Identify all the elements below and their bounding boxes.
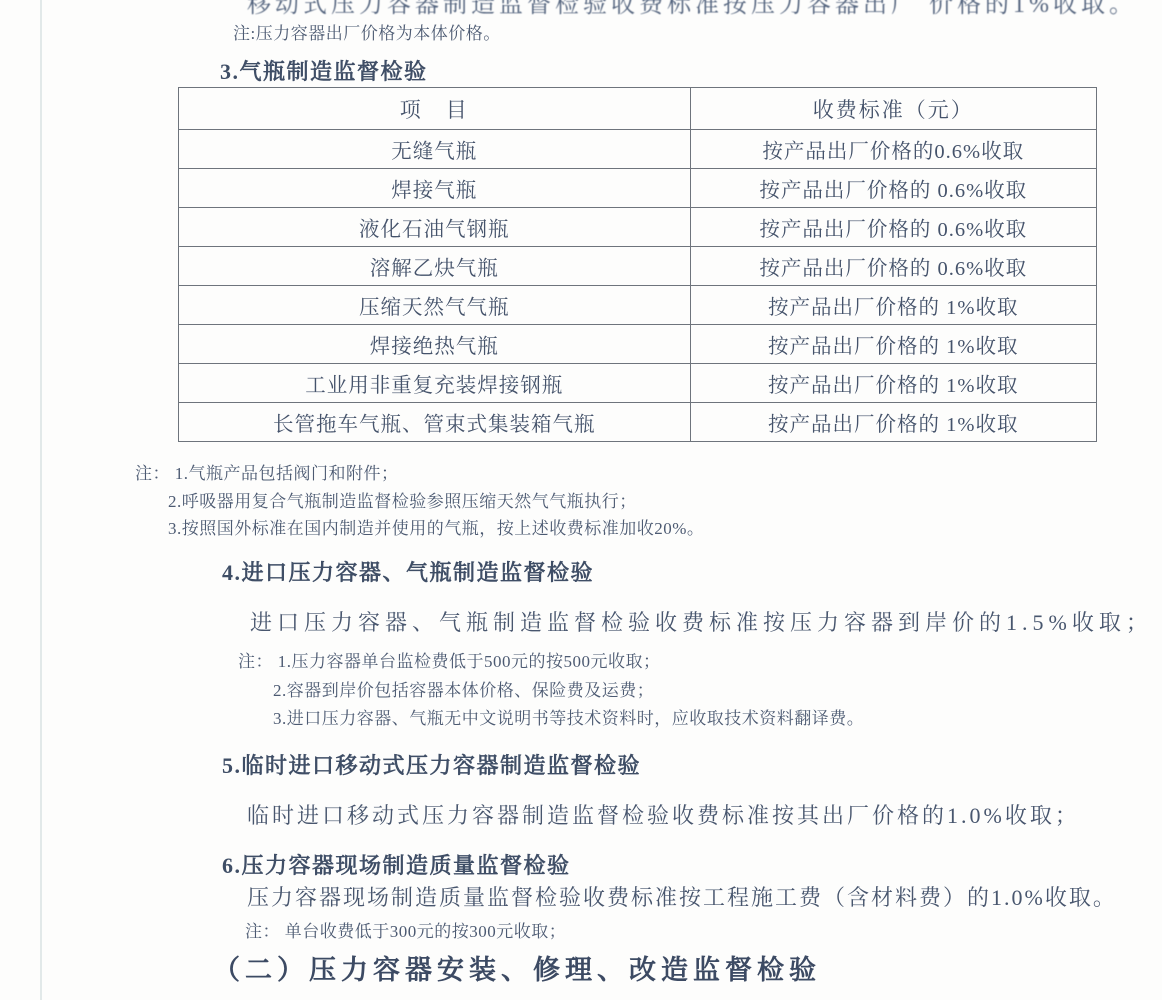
table-row: 液化石油气钢瓶 按产品出厂价格的 0.6%收取: [179, 208, 1097, 247]
table-cell-item: 工业用非重复充装焊接钢瓶: [179, 364, 691, 403]
table-row: 焊接气瓶 按产品出厂价格的 0.6%收取: [179, 169, 1097, 208]
section5-body: 临时进口移动式压力容器制造监督检验收费标准按其出厂价格的1.0%收取；: [247, 799, 1080, 830]
table-cell-item: 压缩天然气气瓶: [179, 286, 691, 325]
clipped-top-paragraph: 移动式压力容器制造监督检验收费标准按压力容器出厂 价格的1%收取。: [247, 0, 1137, 19]
section3-heading: 3.气瓶制造监督检验: [220, 55, 428, 86]
table-cell-fee: 按产品出厂价格的 1%收取: [690, 325, 1096, 364]
section5-heading: 5.临时进口移动式压力容器制造监督检验: [222, 749, 641, 780]
section4-note-1: 注： 1.压力容器单台监检费低于500元的按500元收取；: [238, 647, 661, 672]
table-cell-fee: 按产品出厂价格的 0.6%收取: [690, 169, 1096, 208]
table-cell-fee: 按产品出厂价格的 1%收取: [690, 286, 1096, 325]
table-row: 工业用非重复充装焊接钢瓶 按产品出厂价格的 1%收取: [179, 364, 1097, 403]
part2-heading: （二）压力容器安装、修理、改造监督检验: [213, 948, 821, 987]
scan-page-edge-line: [40, 0, 42, 1000]
table-cell-item: 长管拖车气瓶、管束式集装箱气瓶: [179, 403, 691, 442]
section6-body: 压力容器现场制造质量监督检验收费标准按工程施工费（含材料费）的1.0%收取。: [247, 881, 1117, 912]
table-cell-fee: 按产品出厂价格的 0.6%收取: [690, 208, 1096, 247]
table-cell-item: 液化石油气钢瓶: [179, 208, 691, 247]
pressure-vessel-price-note: 注:压力容器出厂价格为本体价格。: [233, 19, 501, 44]
section4-heading: 4.进口压力容器、气瓶制造监督检验: [222, 556, 594, 587]
gas-cylinder-fee-table: 项 目 收费标准（元） 无缝气瓶 按产品出厂价格的0.6%收取 焊接气瓶 按产品…: [178, 87, 1097, 442]
table-header-item: 项 目: [179, 88, 691, 130]
table-header-row: 项 目 收费标准（元）: [179, 88, 1097, 130]
table-cell-item: 焊接绝热气瓶: [179, 325, 691, 364]
table-cell-item: 无缝气瓶: [179, 130, 691, 169]
table-cell-fee: 按产品出厂价格的0.6%收取: [690, 130, 1096, 169]
section4-body: 进口压力容器、气瓶制造监督检验收费标准按压力容器到岸价的1.5%收取；: [250, 606, 1153, 637]
section3-note-3: 3.按照国外标准在国内制造并使用的气瓶，按上述收费标准加收20%。: [168, 514, 704, 539]
table-cell-fee: 按产品出厂价格的 0.6%收取: [690, 247, 1096, 286]
section6-note: 注： 单台收费低于300元的按300元收取；: [245, 917, 566, 942]
table-cell-item: 溶解乙炔气瓶: [179, 247, 691, 286]
table-cell-fee: 按产品出厂价格的 1%收取: [690, 403, 1096, 442]
section3-note-1: 注： 1.气瓶产品包括阀门和附件；: [135, 459, 399, 484]
section3-note-2: 2.呼吸器用复合气瓶制造监督检验参照压缩天然气气瓶执行；: [168, 487, 637, 512]
section6-heading: 6.压力容器现场制造质量监督检验: [222, 849, 571, 880]
table-header-fee: 收费标准（元）: [690, 88, 1096, 130]
table-cell-fee: 按产品出厂价格的 1%收取: [690, 364, 1096, 403]
scanned-document-page: 移动式压力容器制造监督检验收费标准按压力容器出厂 价格的1%收取。 注:压力容器…: [0, 0, 1162, 1000]
table-row: 溶解乙炔气瓶 按产品出厂价格的 0.6%收取: [179, 247, 1097, 286]
table-row: 压缩天然气气瓶 按产品出厂价格的 1%收取: [179, 286, 1097, 325]
table-cell-item: 焊接气瓶: [179, 169, 691, 208]
table-row: 长管拖车气瓶、管束式集装箱气瓶 按产品出厂价格的 1%收取: [179, 403, 1097, 442]
section4-note-3: 3.进口压力容器、气瓶无中文说明书等技术资料时，应收取技术资料翻译费。: [273, 704, 864, 729]
section4-note-2: 2.容器到岸价包括容器本体价格、保险费及运费；: [273, 676, 654, 701]
table-row: 无缝气瓶 按产品出厂价格的0.6%收取: [179, 130, 1097, 169]
table-row: 焊接绝热气瓶 按产品出厂价格的 1%收取: [179, 325, 1097, 364]
